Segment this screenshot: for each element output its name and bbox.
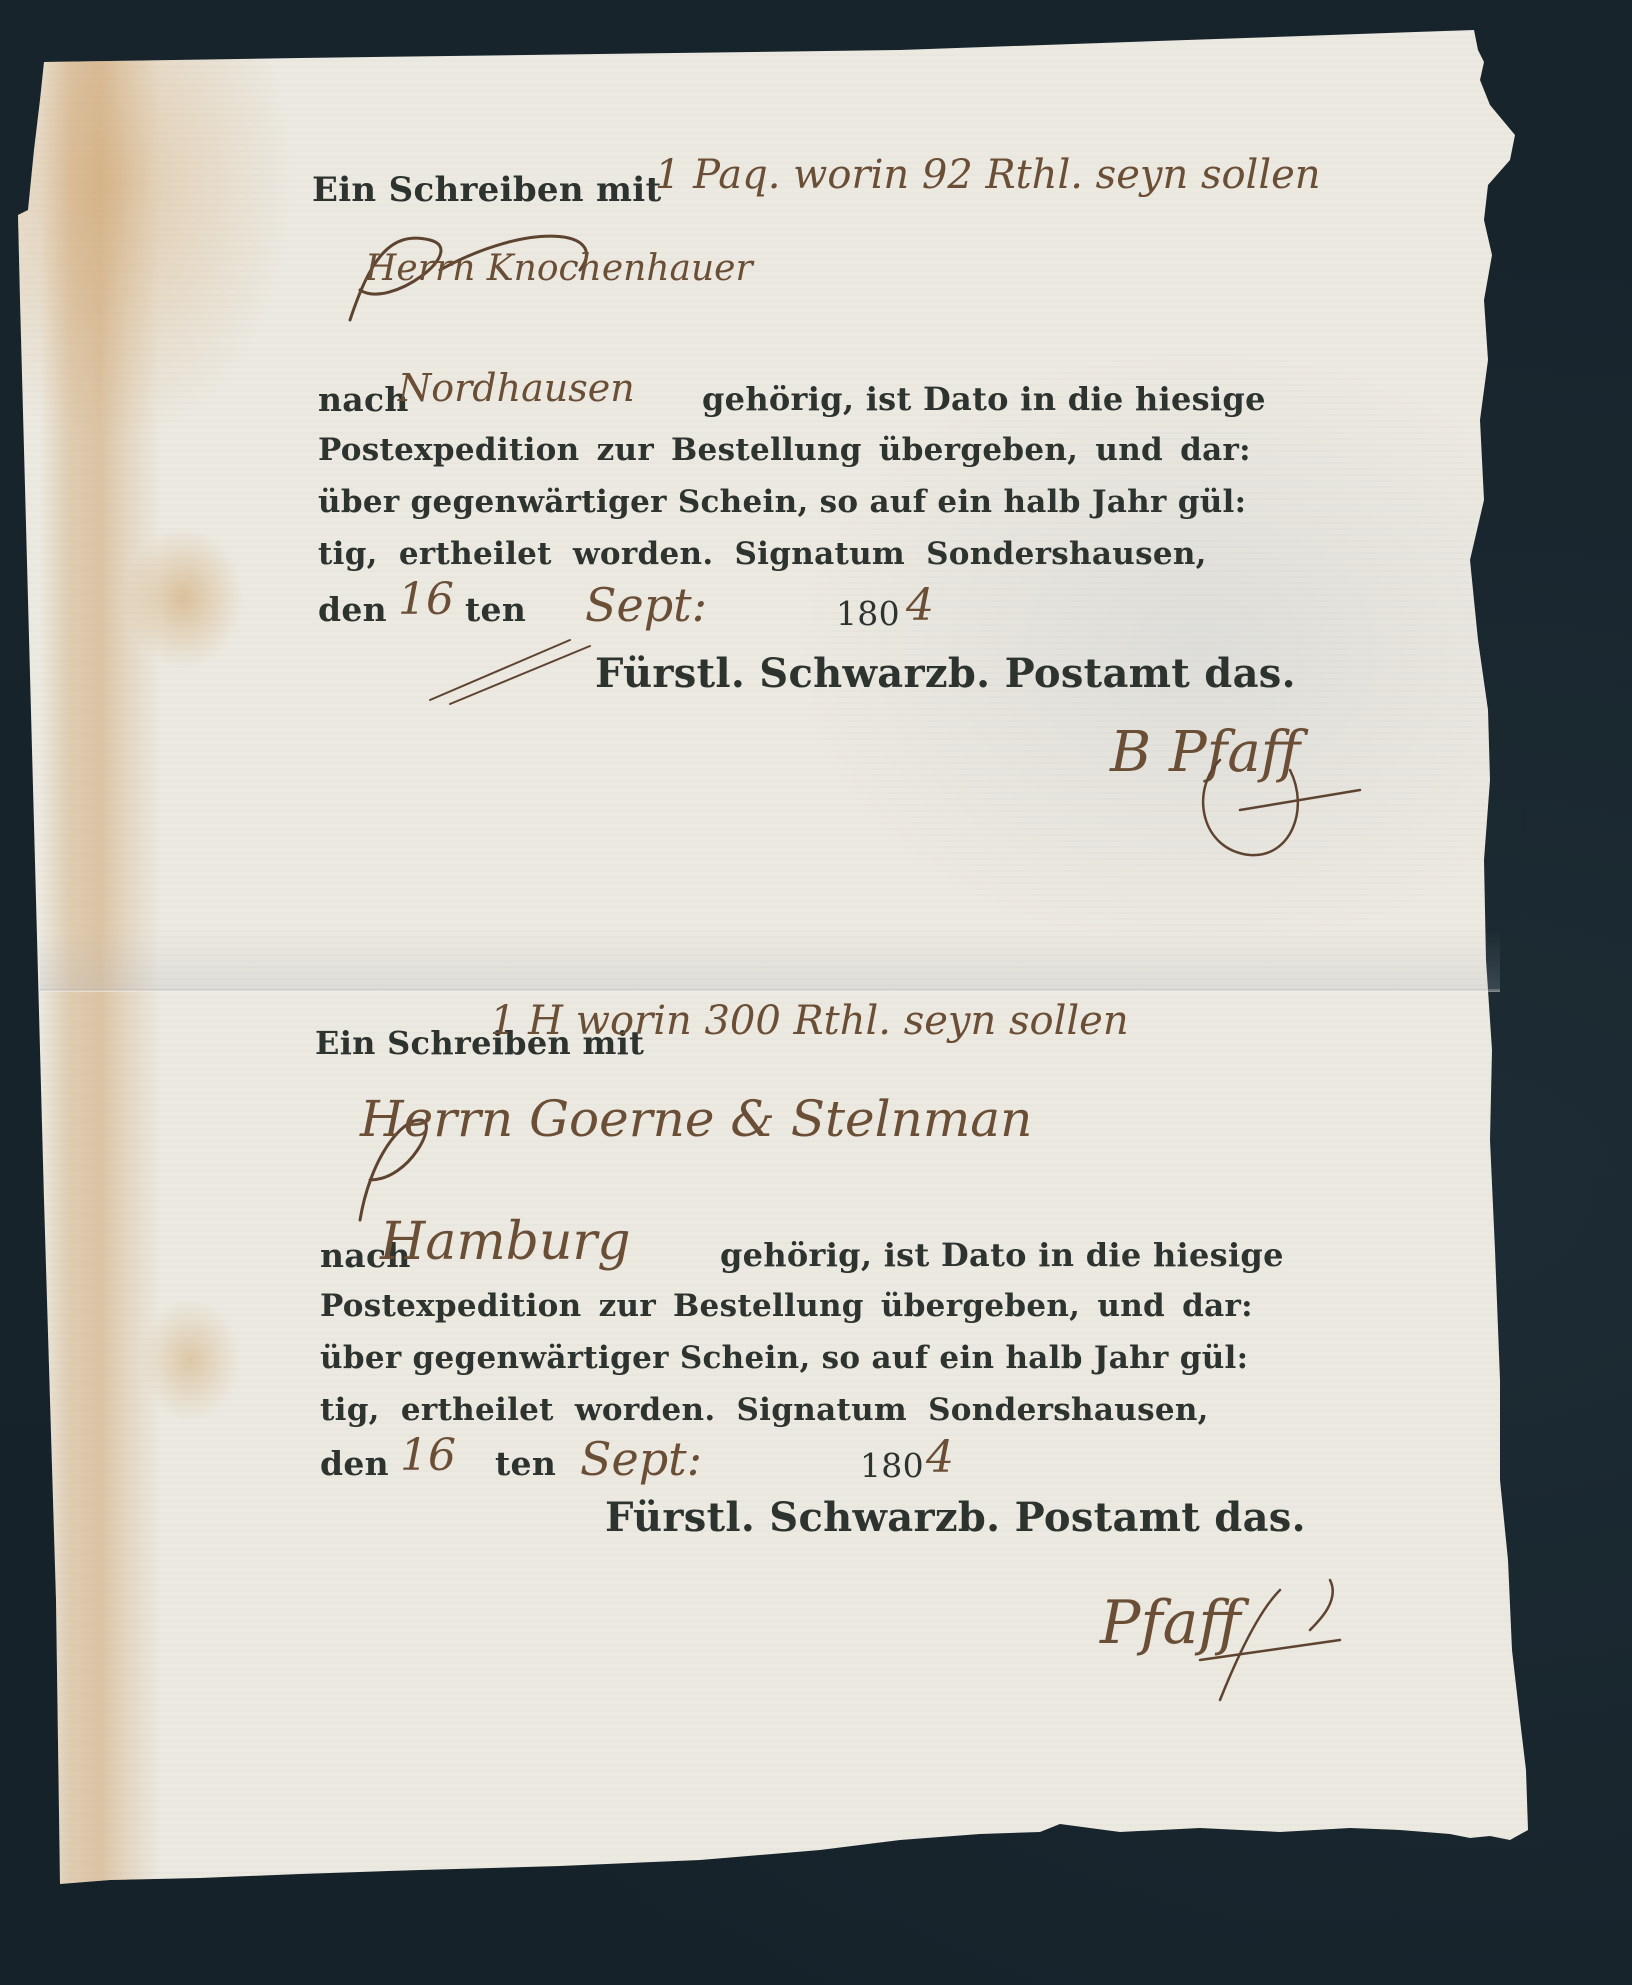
- printed-ten: ten: [495, 1444, 556, 1483]
- printed-body-line-3: über gegenwärtiger Schein, so auf ein ha…: [320, 1340, 1248, 1376]
- fold-line: [40, 989, 1500, 992]
- printed-body-line-4: tig, ertheilet worden. Signatum Sondersh…: [318, 536, 1207, 572]
- printed-body-line-2: Postexpedition zur Bestellung übergeben,…: [320, 1288, 1253, 1324]
- printed-nach: nach: [318, 380, 409, 419]
- printed-year-prefix: 180: [860, 1446, 924, 1485]
- handwritten-destination: Nordhausen: [398, 366, 635, 410]
- handwritten-year-suffix: 4: [926, 1432, 954, 1483]
- signature-flourish: [1180, 1570, 1360, 1720]
- fold-shadow: [40, 930, 1500, 990]
- paper-sheet: [0, 0, 1632, 1985]
- printed-body-line-4: tig, ertheilet worden. Signatum Sondersh…: [320, 1392, 1209, 1428]
- printed-body-line-3: über gegenwärtiger Schein, so auf ein ha…: [318, 484, 1246, 520]
- handwritten-month: Sept:: [580, 1432, 702, 1486]
- printed-body-line-1: gehörig, ist Dato in die hiesige: [720, 1236, 1284, 1274]
- date-underline-stroke: [420, 630, 620, 710]
- printed-den: den: [320, 1444, 389, 1483]
- handwritten-month: Sept:: [585, 578, 707, 632]
- signature-flourish: [1180, 730, 1380, 870]
- handwritten-day: 16: [398, 574, 454, 625]
- printed-year-prefix: 180: [836, 594, 900, 633]
- printed-body-line-1: gehörig, ist Dato in die hiesige: [702, 380, 1266, 418]
- handwritten-day: 16: [400, 1430, 456, 1481]
- handwritten-addressee: Herrn Knochenhauer: [365, 248, 753, 289]
- handwritten-contents: 1 Paq. worin 92 Rthl. seyn sollen: [655, 152, 1321, 198]
- printed-body-line-2: Postexpedition zur Bestellung übergeben,…: [318, 432, 1251, 468]
- printed-ten: ten: [465, 590, 526, 629]
- printed-office: Fürstl. Schwarzb. Postamt das.: [595, 650, 1296, 697]
- handwritten-destination: Hamburg: [380, 1212, 631, 1272]
- handwritten-year-suffix: 4: [906, 580, 934, 631]
- handwritten-contents: 1 H worin 300 Rthl. seyn sollen: [490, 998, 1129, 1044]
- handwritten-addressee: Herrn Goerne & Stelnman: [360, 1090, 1032, 1148]
- printed-office: Fürstl. Schwarzb. Postamt das.: [605, 1494, 1306, 1541]
- printed-den: den: [318, 590, 387, 629]
